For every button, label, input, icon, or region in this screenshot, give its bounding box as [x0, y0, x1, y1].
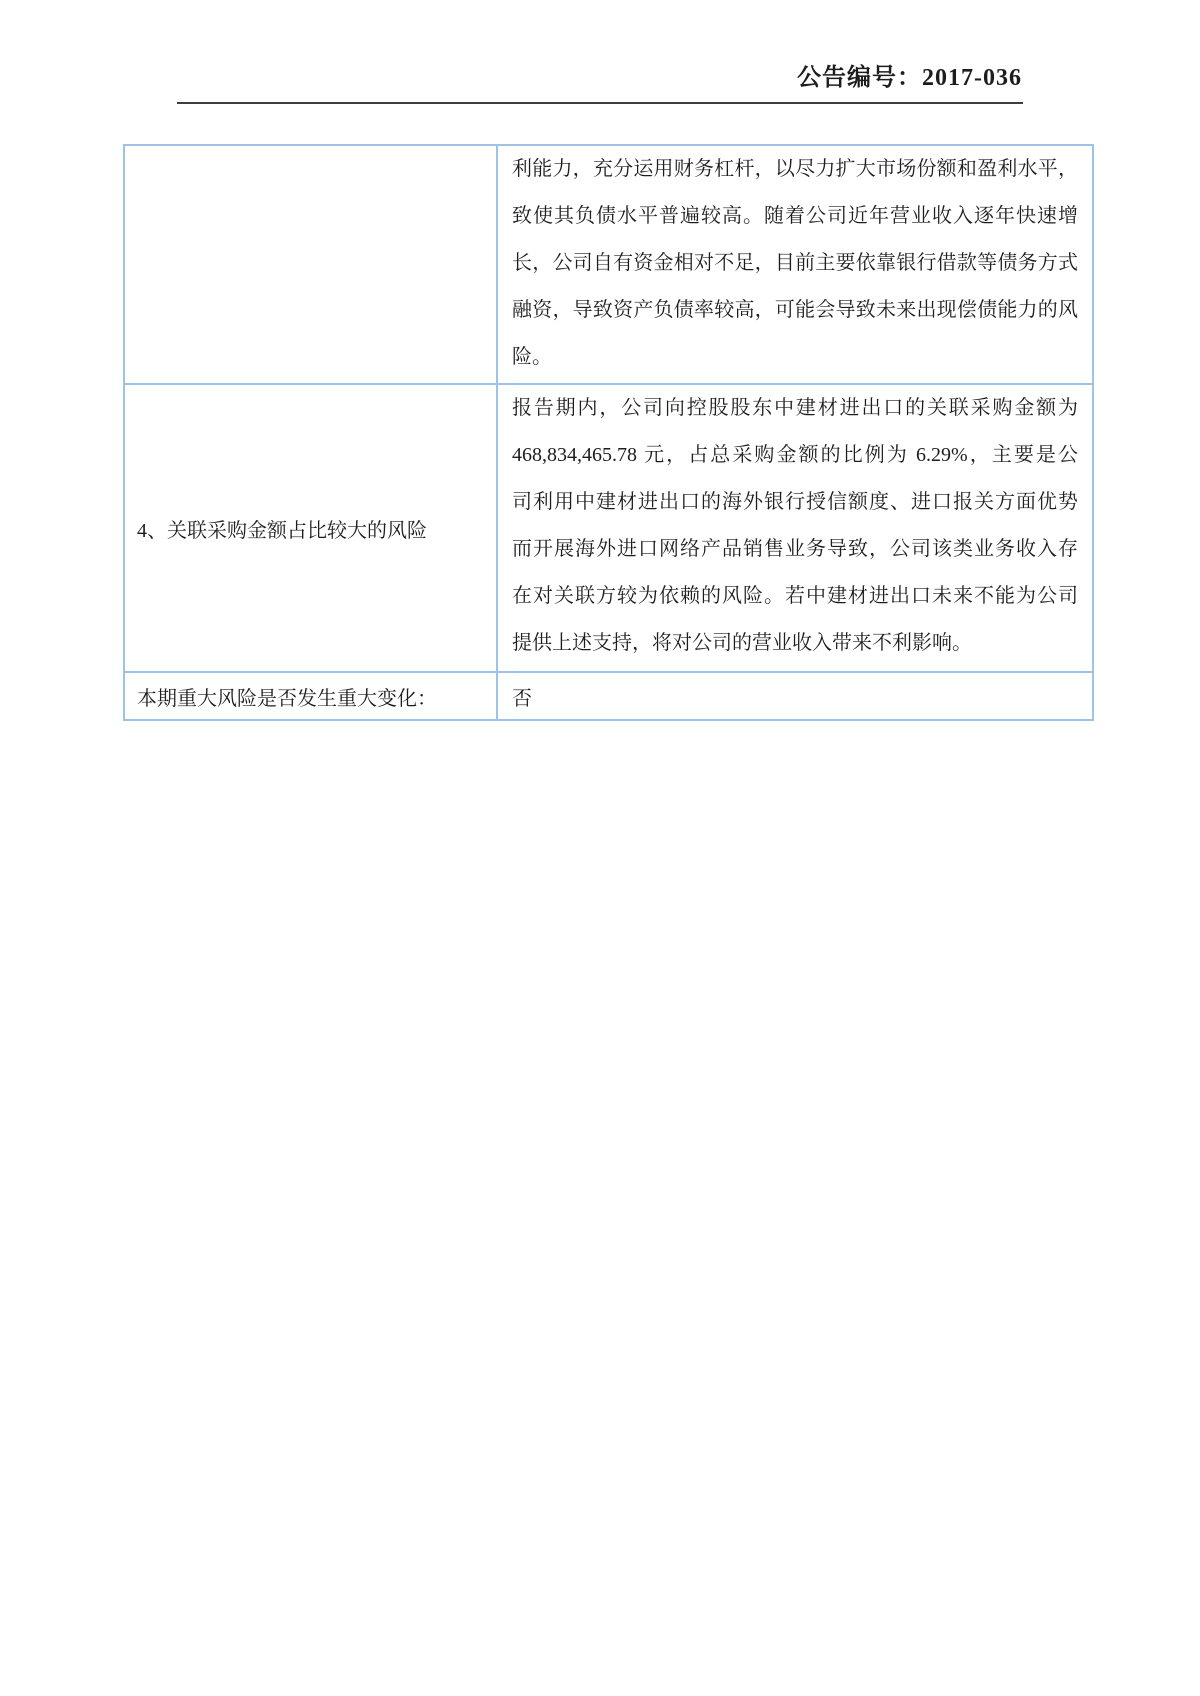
text-line: 提供上述支持，将对公司的营业收入带来不利影响。 — [512, 620, 1078, 667]
risk-description-cell: 报告期内，公司向控股股东中建材进出口的关联采购金额为468,834,465.78… — [497, 384, 1093, 672]
text-line: 致使其负债水平普遍较高。随着公司近年营业收入逐年快速增 — [512, 193, 1078, 240]
text-line: 468,834,465.78 元，占总采购金额的比例为 6.29%，主要是公 — [512, 432, 1078, 479]
major-change-answer-cell: 否 — [497, 672, 1093, 720]
text-line: 报告期内，公司向控股股东中建材进出口的关联采购金额为 — [512, 385, 1078, 432]
text-line: 利能力，充分运用财务杠杆，以尽力扩大市场份额和盈利水平， — [512, 146, 1078, 193]
risk-label-cell-empty — [124, 145, 497, 384]
text-line: 司利用中建材进出口的海外银行授信额度、进口报关方面优势 — [512, 479, 1078, 526]
table-row-major-change: 本期重大风险是否发生重大变化： 否 — [124, 672, 1093, 720]
header-rule — [177, 102, 1023, 104]
risk-label-cell: 4、关联采购金额占比较大的风险 — [124, 384, 497, 672]
document-page: 公告编号：2017-036 利能力，充分运用财务杠杆，以尽力扩大市场份额和盈利水… — [0, 0, 1200, 1696]
risk-table: 利能力，充分运用财务杠杆，以尽力扩大市场份额和盈利水平，致使其负债水平普遍较高。… — [123, 144, 1094, 721]
text-line: 险。 — [512, 334, 1078, 381]
text-line: 融资，导致资产负债率较高，可能会导致未来出现偿债能力的风 — [512, 287, 1078, 334]
table-row-risk-continued: 利能力，充分运用财务杠杆，以尽力扩大市场份额和盈利水平，致使其负债水平普遍较高。… — [124, 145, 1093, 384]
text-line: 而开展海外进口网络产品销售业务导致，公司该类业务收入存 — [512, 526, 1078, 573]
text-line: 长，公司自有资金相对不足，目前主要依靠银行借款等债务方式 — [512, 240, 1078, 287]
announcement-number: 公告编号：2017-036 — [797, 62, 1022, 94]
risk-description-cell: 利能力，充分运用财务杠杆，以尽力扩大市场份额和盈利水平，致使其负债水平普遍较高。… — [497, 145, 1093, 384]
major-change-question-cell: 本期重大风险是否发生重大变化： — [124, 672, 497, 720]
text-line: 在对关联方较为依赖的风险。若中建材进出口未来不能为公司 — [512, 573, 1078, 620]
table-row-risk4: 4、关联采购金额占比较大的风险 报告期内，公司向控股股东中建材进出口的关联采购金… — [124, 384, 1093, 672]
